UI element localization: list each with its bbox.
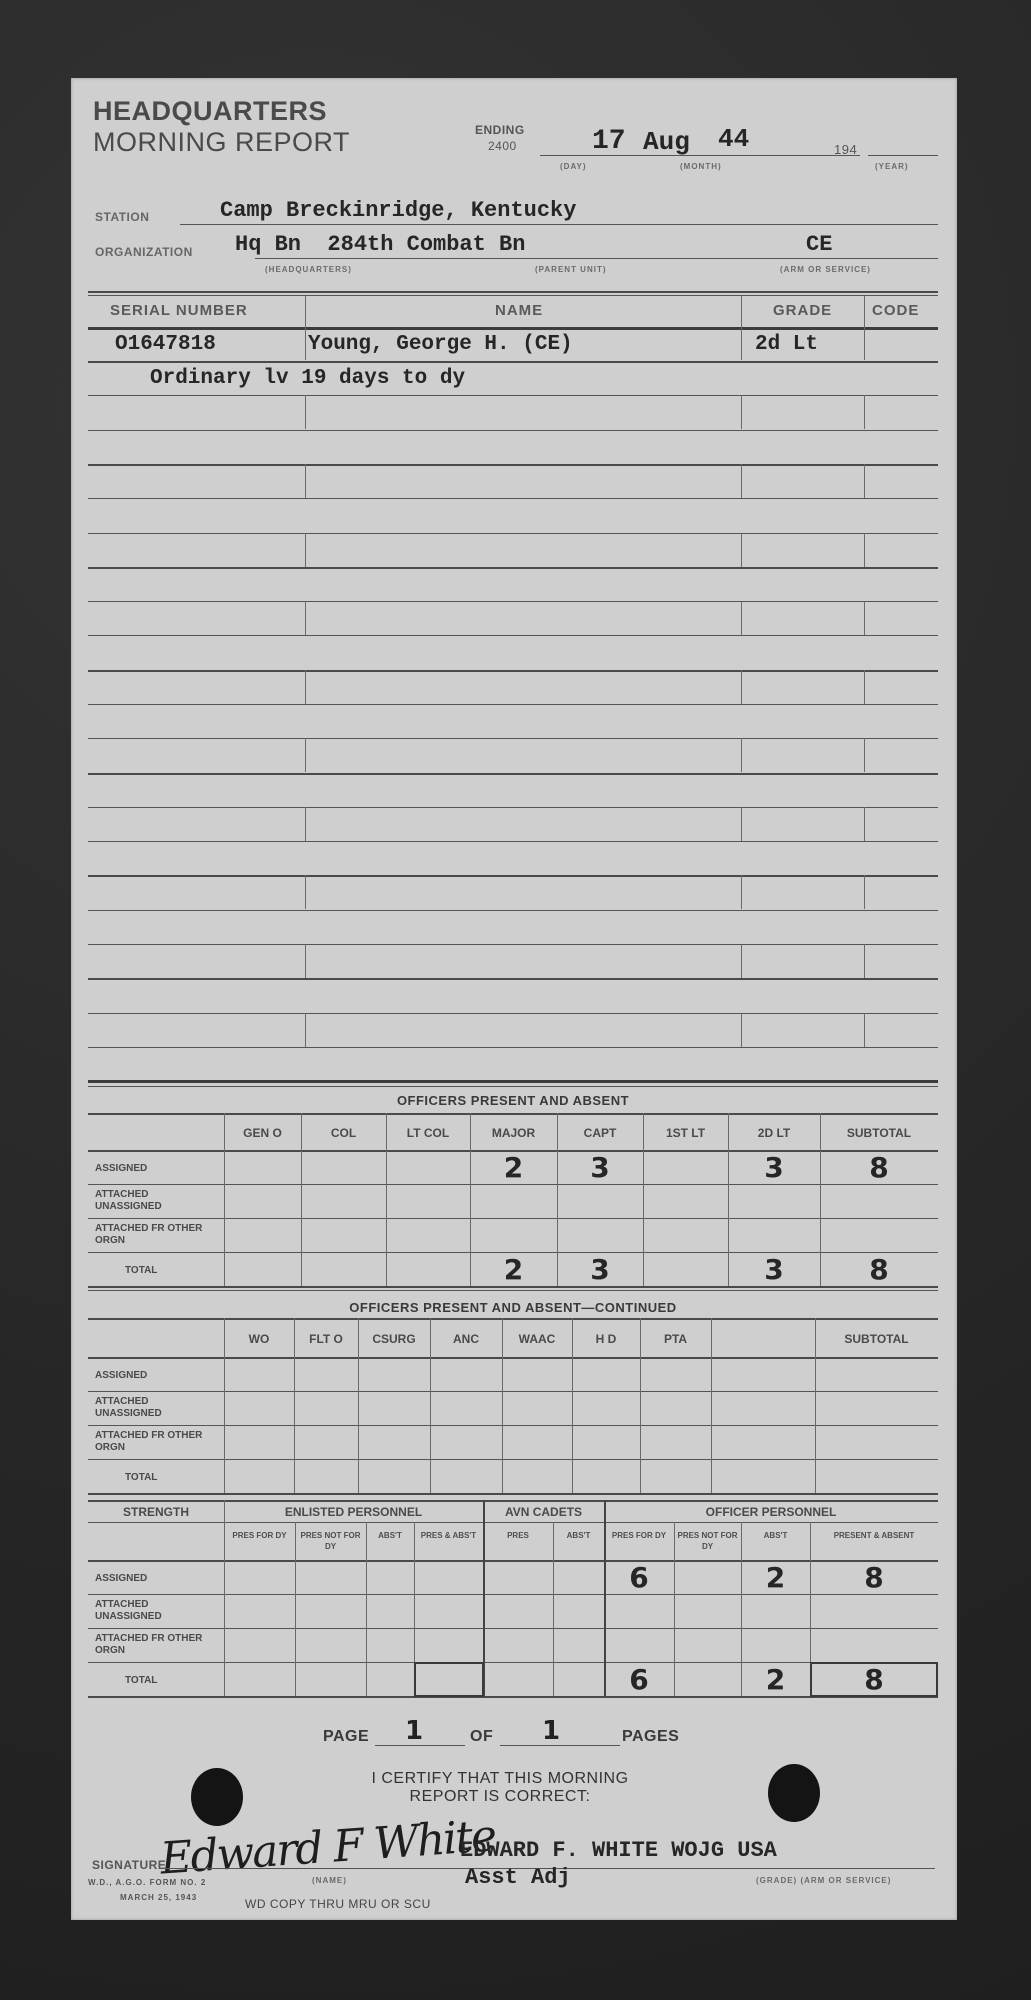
page-label: PAGE	[323, 1728, 369, 1746]
ruled-line	[88, 361, 938, 363]
column-divider	[674, 1522, 675, 1696]
ending-label: ENDING	[475, 123, 525, 137]
ruled-line	[88, 567, 938, 569]
column-divider	[864, 670, 865, 704]
column-divider	[305, 533, 306, 567]
cell-value: 2	[741, 1561, 810, 1594]
ruled-line	[88, 498, 938, 499]
column-divider	[711, 1318, 712, 1493]
table-rule	[88, 1493, 938, 1495]
ruled-line	[88, 704, 938, 705]
form-date: MARCH 25, 1943	[120, 1893, 197, 1902]
ruled-line	[88, 875, 938, 877]
cell-value: 2	[470, 1151, 557, 1184]
column-divider	[864, 1013, 865, 1047]
column-divider	[305, 395, 306, 429]
report-day: 17	[592, 126, 626, 157]
column-divider	[741, 875, 742, 909]
column-header: ABS'T	[366, 1530, 414, 1541]
day-caption: (DAY)	[560, 162, 586, 171]
row-label: ATTACHED UNASSIGNED	[95, 1189, 205, 1213]
report-month: Aug	[643, 127, 690, 157]
column-header-serial-number: SERIAL NUMBER	[110, 302, 248, 319]
cell-value: 6	[604, 1561, 674, 1594]
row-label: ASSIGNED	[95, 1573, 205, 1585]
column-divider	[224, 1113, 225, 1286]
of-label: OF	[470, 1728, 493, 1746]
column-divider	[305, 601, 306, 635]
year-prefix: 194	[834, 142, 857, 157]
signature-label: SIGNATURE	[92, 1858, 166, 1872]
roster-bottom-rule	[88, 1080, 938, 1083]
ruled-line	[88, 841, 938, 842]
row-label: TOTAL	[95, 1265, 235, 1277]
enlisted-total-box	[414, 1662, 484, 1697]
column-header: LT COL	[386, 1126, 470, 1140]
column-divider	[815, 1318, 816, 1493]
column-divider	[864, 533, 865, 567]
page-count: 1	[542, 1716, 560, 1746]
column-divider	[741, 670, 742, 704]
form-title-morning-report: MORNING REPORT	[93, 127, 350, 158]
table-rule	[88, 1184, 938, 1185]
column-header: 2D LT	[728, 1126, 820, 1140]
column-divider	[820, 1113, 821, 1286]
column-divider	[741, 1522, 742, 1696]
entry-grade: 2d Lt	[755, 333, 818, 356]
column-header: 1ST LT	[643, 1126, 728, 1140]
name-caption: (NAME)	[312, 1876, 347, 1885]
table-rule	[88, 1391, 938, 1392]
column-header: ANC	[430, 1332, 502, 1346]
month-caption: (MONTH)	[680, 162, 722, 171]
column-divider	[553, 1522, 554, 1696]
column-header: FLT O	[294, 1332, 358, 1346]
ending-time-label: 2400	[488, 139, 517, 153]
column-divider	[430, 1318, 431, 1493]
column-divider	[864, 738, 865, 772]
column-header: MAJOR	[470, 1126, 557, 1140]
row-label: TOTAL	[95, 1675, 235, 1687]
column-divider	[864, 601, 865, 635]
cell-value: 8	[820, 1253, 938, 1286]
column-divider	[741, 395, 742, 429]
parent-unit-caption: (PARENT UNIT)	[535, 265, 607, 274]
row-label: ATTACHED FR OTHER ORGN	[95, 1430, 205, 1454]
column-header: WO	[224, 1332, 294, 1346]
column-header: PRES NOT FOR DY	[295, 1530, 366, 1552]
row-label: TOTAL	[95, 1472, 235, 1484]
column-divider	[572, 1318, 573, 1493]
cell-value: 3	[557, 1151, 643, 1184]
ruled-line	[88, 395, 938, 396]
punch-hole-left	[191, 1768, 243, 1826]
column-divider	[386, 1113, 387, 1286]
column-divider	[864, 395, 865, 429]
cell-value: 2	[470, 1253, 557, 1286]
entry-remark: Ordinary lv 19 days to dy	[150, 367, 465, 390]
column-divider	[864, 464, 865, 498]
year-line	[868, 155, 938, 156]
report-year: 44	[718, 124, 749, 154]
column-header-code: CODE	[872, 302, 919, 319]
year-caption: (YEAR)	[875, 162, 909, 171]
column-header: SUBTOTAL	[820, 1126, 938, 1140]
grade-caption: (GRADE) (ARM OR SERVICE)	[756, 1876, 891, 1885]
row-label: ASSIGNED	[95, 1163, 205, 1175]
routing-note: WD COPY THRU MRU OR SCU	[245, 1897, 431, 1911]
row-label: ASSIGNED	[95, 1370, 205, 1382]
column-header: PRESENT & ABSENT	[810, 1530, 938, 1541]
column-header-name: NAME	[495, 302, 543, 319]
column-divider	[305, 1013, 306, 1047]
ruled-line	[88, 738, 938, 739]
column-divider	[741, 944, 742, 978]
ruled-line	[88, 430, 938, 431]
ruled-line	[88, 910, 938, 911]
certify-line-1: I CERTIFY THAT THIS MORNING	[300, 1770, 700, 1788]
row-label: ATTACHED FR OTHER ORGN	[95, 1633, 205, 1657]
column-divider	[864, 944, 865, 978]
column-divider	[305, 944, 306, 978]
signer-typed-name: EDWARD F. WHITE WOJG USA	[460, 1838, 777, 1863]
date-line	[540, 155, 860, 156]
cell-value: 3	[728, 1253, 820, 1286]
column-header: H D	[572, 1332, 640, 1346]
ruled-line	[88, 773, 938, 775]
row-label: ATTACHED UNASSIGNED	[95, 1396, 205, 1420]
column-header: COL	[301, 1126, 386, 1140]
column-divider	[741, 296, 742, 360]
column-divider	[305, 464, 306, 498]
column-divider	[864, 807, 865, 841]
column-group-header: OFFICER PERSONNEL	[604, 1505, 938, 1519]
row-label: ATTACHED UNASSIGNED	[95, 1599, 205, 1623]
column-divider	[643, 1113, 644, 1286]
column-header: PRES FOR DY	[604, 1530, 674, 1541]
table-rule	[88, 1290, 938, 1291]
ruled-line	[88, 533, 938, 534]
table-rule	[88, 1425, 938, 1426]
organization-line	[255, 258, 938, 259]
strength-label: STRENGTH	[88, 1505, 224, 1519]
arm-caption: (ARM OR SERVICE)	[780, 265, 871, 274]
ruled-line	[88, 1013, 938, 1014]
entry-name: Young, George H. (CE)	[308, 333, 573, 356]
organization-label: ORGANIZATION	[95, 245, 193, 259]
roster-header-rule	[88, 327, 938, 330]
column-divider	[604, 1500, 606, 1696]
station-label: STATION	[95, 210, 149, 224]
column-divider	[470, 1113, 471, 1286]
row-label: ATTACHED FR OTHER ORGN	[95, 1223, 205, 1247]
cell-value: 8	[820, 1151, 938, 1184]
ruled-line	[88, 601, 938, 602]
column-header: PRES	[483, 1530, 553, 1541]
column-divider	[728, 1113, 729, 1286]
column-divider	[295, 1522, 296, 1696]
column-divider	[305, 875, 306, 909]
column-divider	[741, 1013, 742, 1047]
cell-value: 2	[741, 1663, 810, 1696]
table-rule	[88, 1318, 938, 1320]
column-header: ABS'T	[553, 1530, 604, 1541]
table-rule	[88, 1500, 938, 1502]
column-divider	[224, 1318, 225, 1493]
cell-value: 8	[810, 1561, 938, 1594]
ruled-line	[88, 978, 938, 980]
officers-continued-table-title: OFFICERS PRESENT AND ABSENT—CONTINUED	[88, 1300, 938, 1315]
column-divider	[741, 601, 742, 635]
signer-title: Asst Adj	[465, 1865, 571, 1890]
column-divider	[305, 670, 306, 704]
column-header-grade: GRADE	[773, 302, 832, 319]
column-divider	[741, 807, 742, 841]
column-divider	[224, 1500, 225, 1696]
column-header: PRES FOR DY	[224, 1530, 295, 1541]
column-group-header: AVN CADETS	[483, 1505, 604, 1519]
table-rule	[88, 1459, 938, 1460]
officers-table-title: OFFICERS PRESENT AND ABSENT	[88, 1093, 938, 1108]
column-divider	[358, 1318, 359, 1493]
column-divider	[305, 738, 306, 772]
column-header: ABS'T	[741, 1530, 810, 1541]
column-divider	[640, 1318, 641, 1493]
table-rule	[88, 1218, 938, 1219]
column-header: GEN O	[224, 1126, 301, 1140]
column-divider	[741, 464, 742, 498]
entry-serial-number: O1647818	[115, 333, 216, 356]
page-number: 1	[405, 1716, 423, 1746]
table-rule	[88, 1286, 938, 1288]
roster-top-rule	[88, 291, 938, 293]
pages-label: PAGES	[622, 1728, 679, 1746]
station-value: Camp Breckinridge, Kentucky	[220, 198, 576, 223]
column-divider	[305, 807, 306, 841]
roster-bottom-rule-2	[88, 1086, 938, 1087]
column-header: CAPT	[557, 1126, 643, 1140]
form-number: W.D., A.G.O. FORM NO. 2	[88, 1878, 206, 1887]
column-header: PRES NOT FOR DY	[674, 1530, 741, 1552]
column-header: PRES & ABS'T	[414, 1530, 483, 1541]
ruled-line	[88, 635, 938, 636]
column-divider	[294, 1318, 295, 1493]
ruled-line	[88, 464, 938, 466]
column-divider	[741, 533, 742, 567]
column-header: PTA	[640, 1332, 711, 1346]
column-divider	[301, 1113, 302, 1286]
officer-total-box	[810, 1662, 938, 1697]
table-rule	[88, 1357, 938, 1359]
column-divider	[557, 1113, 558, 1286]
column-divider	[305, 296, 306, 360]
column-header: CSURG	[358, 1332, 430, 1346]
column-divider	[741, 738, 742, 772]
column-divider	[864, 875, 865, 909]
ruled-line	[88, 944, 938, 945]
cell-value: 3	[728, 1151, 820, 1184]
column-group-header: ENLISTED PERSONNEL	[224, 1505, 483, 1519]
punch-hole-right	[768, 1764, 820, 1822]
column-divider	[502, 1318, 503, 1493]
ruled-line	[88, 670, 938, 672]
station-line	[180, 224, 938, 225]
arm-of-service-value: CE	[806, 232, 832, 257]
cell-value: 3	[557, 1253, 643, 1286]
column-header: SUBTOTAL	[815, 1332, 938, 1346]
ruled-line	[88, 1047, 938, 1048]
roster-top-rule-2	[88, 295, 938, 296]
column-divider	[864, 296, 865, 360]
certify-line-2: REPORT IS CORRECT:	[300, 1788, 700, 1806]
headquarters-caption: (HEADQUARTERS)	[265, 265, 352, 274]
column-header: WAAC	[502, 1332, 572, 1346]
form-title-headquarters: HEADQUARTERS	[93, 96, 327, 127]
cell-value: 6	[604, 1663, 674, 1696]
organization-value: Hq Bn 284th Combat Bn	[235, 232, 525, 257]
ruled-line	[88, 807, 938, 808]
table-rule	[88, 1113, 938, 1115]
column-divider	[366, 1522, 367, 1696]
